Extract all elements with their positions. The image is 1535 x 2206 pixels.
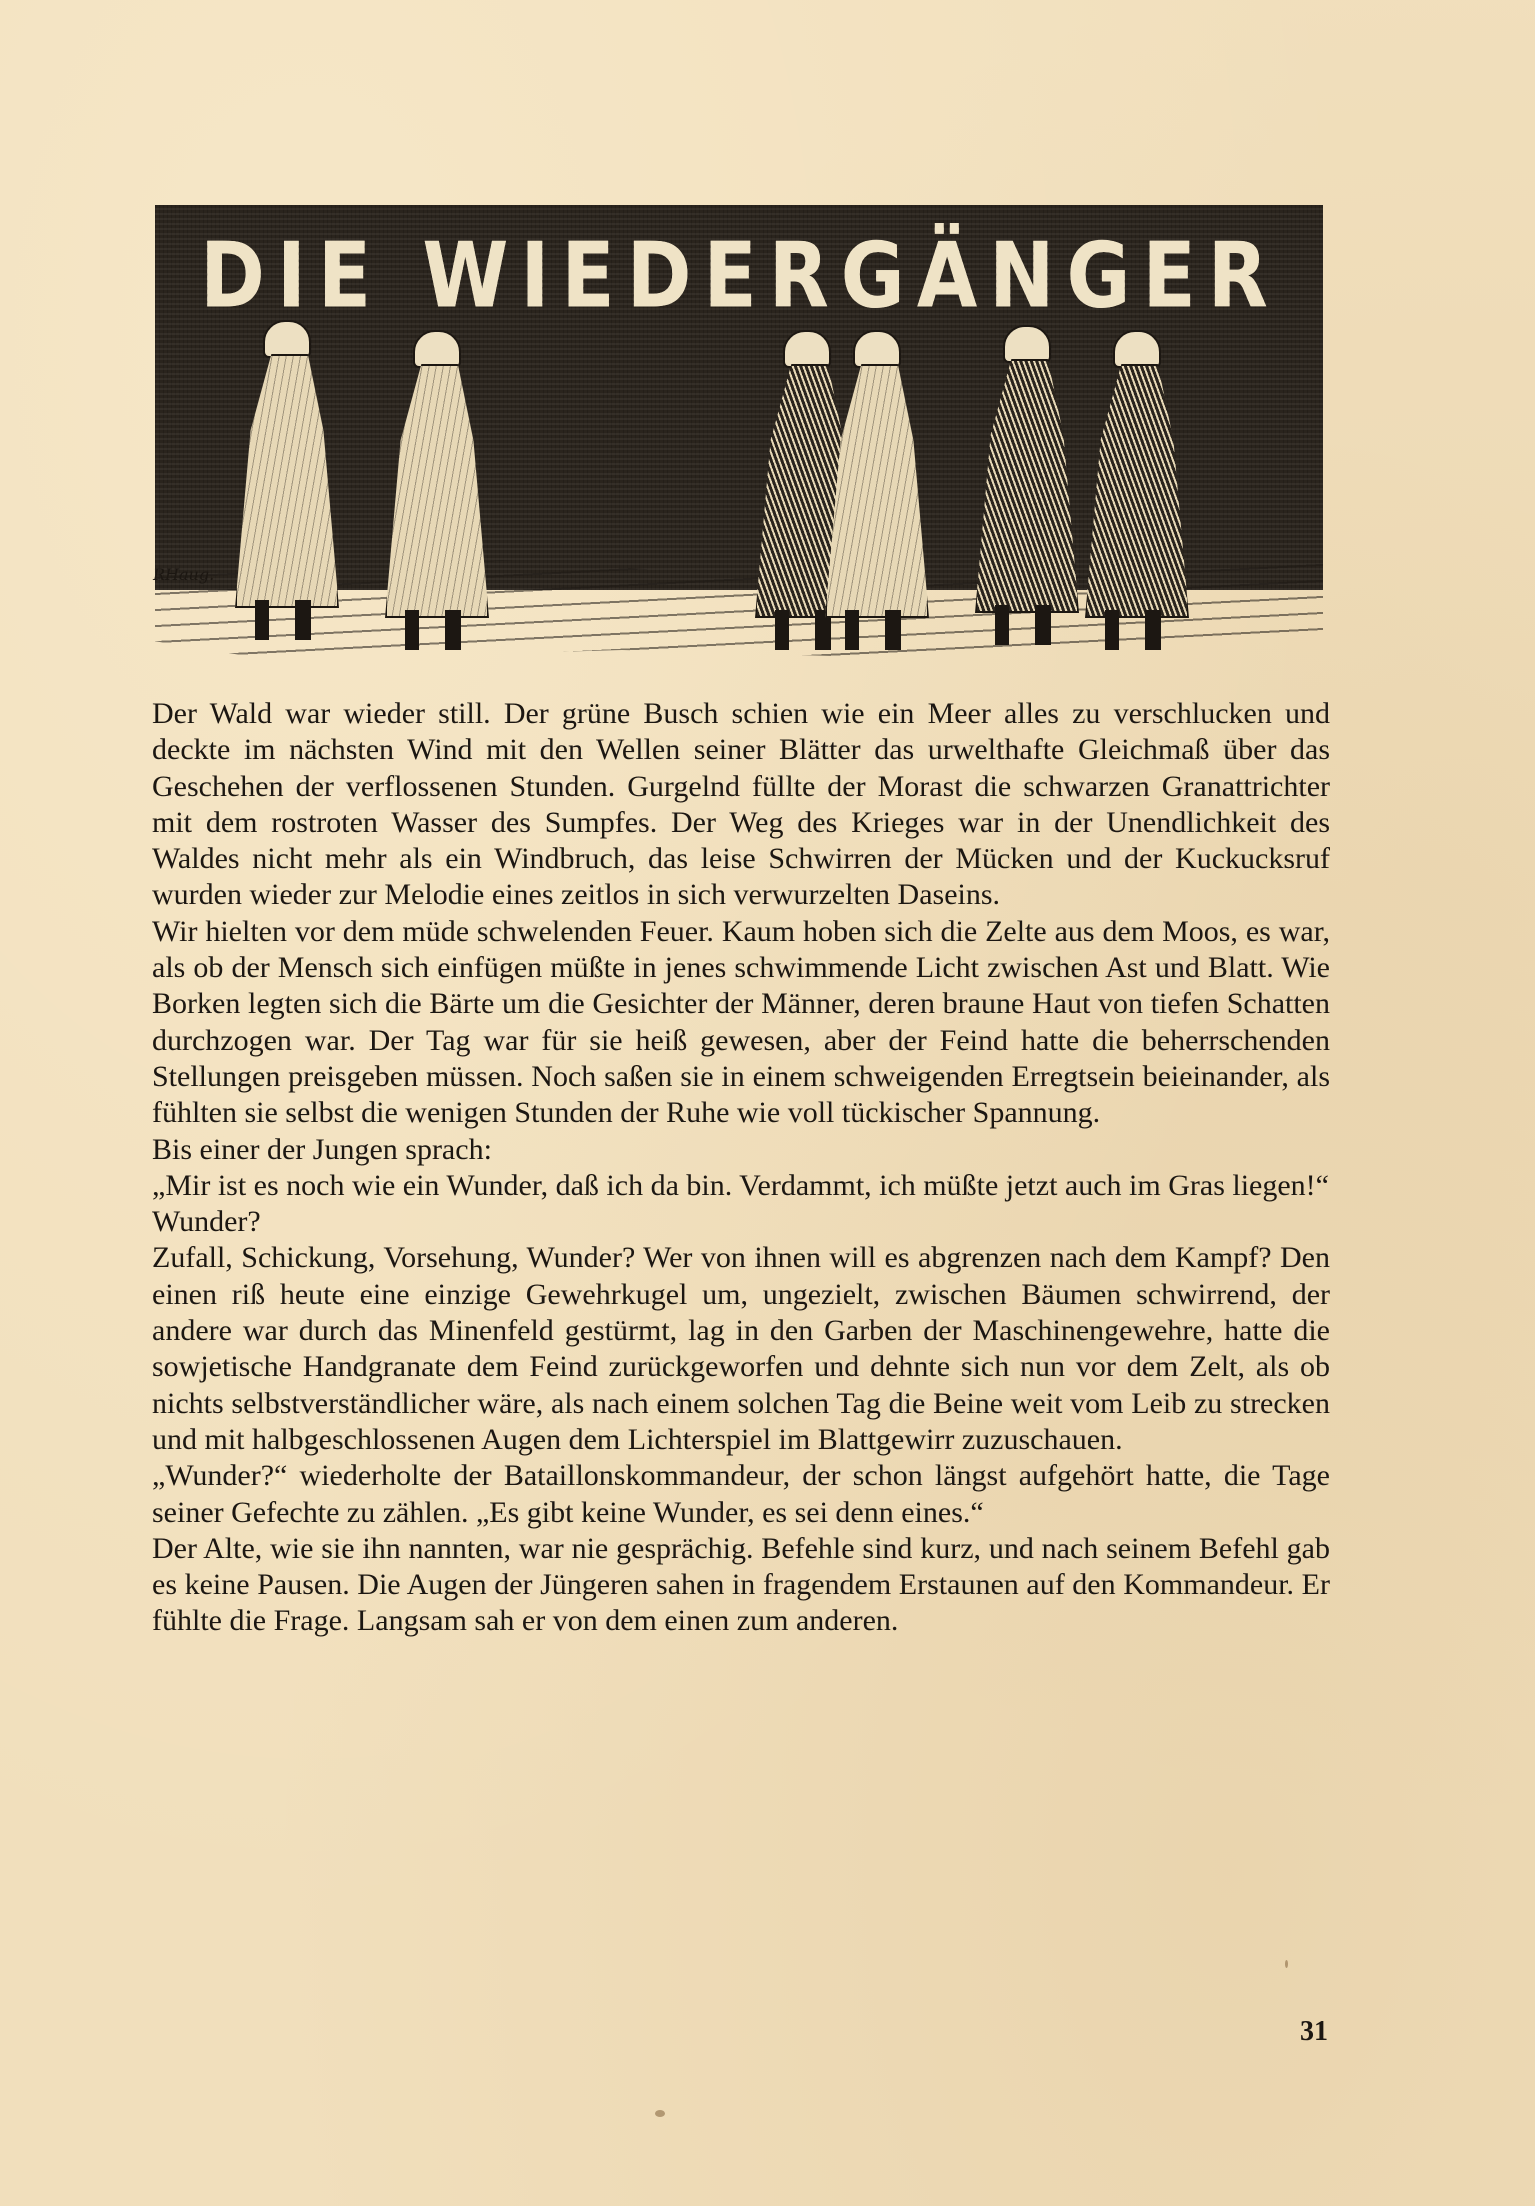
paragraph: Der Alte, wie sie ihn nannten, war nie g… [152, 1531, 1330, 1640]
paragraph: Bis einer der Jungen sprach: [152, 1132, 1330, 1168]
soldier-figure [965, 325, 1085, 650]
paragraph: Wunder? [152, 1204, 1330, 1240]
artist-signature: RHaug. [153, 565, 214, 584]
soldier-figure [375, 330, 495, 650]
paragraph: Der Wald war wieder still. Der grüne Bus… [152, 696, 1330, 914]
helmet-icon [1003, 325, 1051, 363]
article-body: Der Wald war wieder still. Der grüne Bus… [152, 696, 1330, 1640]
helmet-icon [853, 330, 901, 368]
paragraph: „Mir ist es noch wie ein Wunder, daß ich… [152, 1168, 1330, 1204]
paper-stain [1285, 1960, 1288, 1968]
article-title: DIE WIEDERGÄNGER [185, 225, 1295, 329]
page-number: 31 [1300, 2016, 1328, 2048]
paragraph: „Wunder?“ wiederholte der Bataillonskomm… [152, 1458, 1330, 1531]
soldier-figure [815, 330, 935, 650]
paragraph: Zufall, Schickung, Vorsehung, Wunder? We… [152, 1240, 1330, 1458]
header-illustration: DIE WIEDERGÄNGER RHaug. [155, 205, 1323, 660]
helmet-icon [1113, 330, 1161, 368]
paper-stain [655, 2110, 665, 2117]
soldier-figure [225, 320, 345, 650]
helmet-icon [413, 330, 461, 368]
soldier-figure [1075, 330, 1195, 650]
paragraph: Wir hielten vor dem müde schwelenden Feu… [152, 914, 1330, 1132]
helmet-icon [263, 320, 311, 358]
